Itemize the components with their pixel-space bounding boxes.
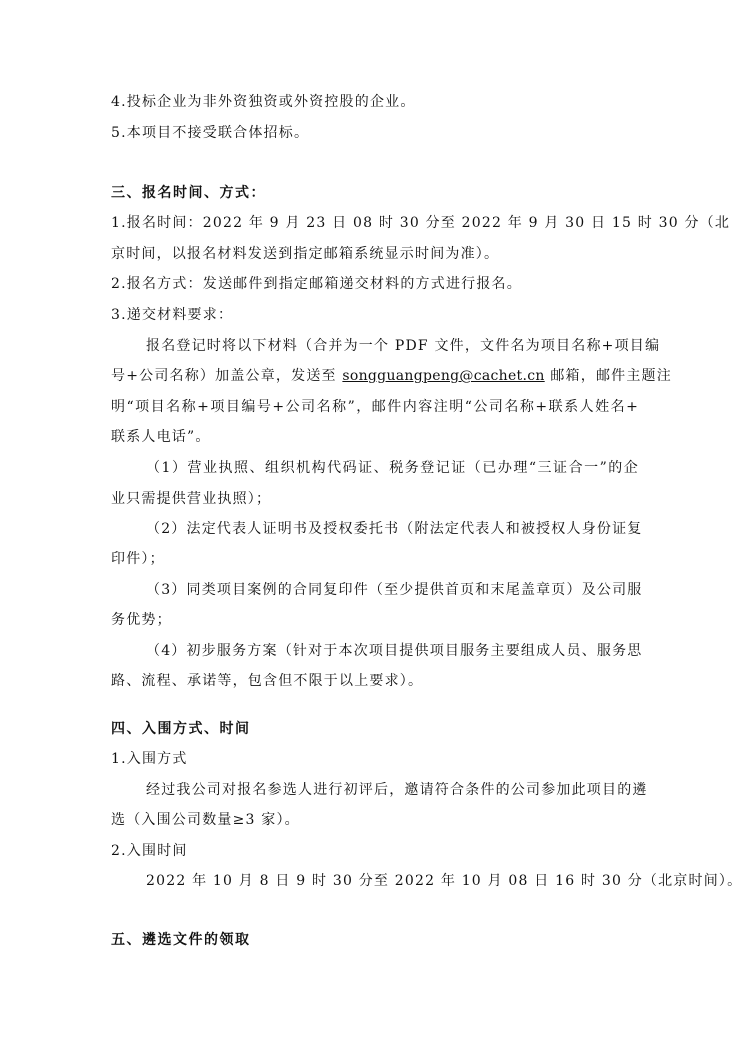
requirement-1-line-1: （1）营业执照、组织机构代码证、税务登记证（已办理“三证合一”的企 xyxy=(146,459,639,477)
email-link[interactable]: songguangpeng@cachet.cn xyxy=(342,368,544,384)
section-5-heading: 五、遴选文件的领取 xyxy=(111,931,251,949)
registration-time-line-1: 1.报名时间：2022 年 9 月 23 日 08 时 30 分至 2022 年… xyxy=(111,214,639,232)
section-3-heading: 三、报名时间、方式： xyxy=(111,184,266,202)
requirement-2-line-2: 印件）； xyxy=(111,550,165,568)
submission-para-line-1: 报名登记时将以下材料（合并为一个 PDF 文件，文件名为项目名称+项目编 xyxy=(146,337,639,355)
submission-para-line-2-post: 邮箱，邮件主题注 xyxy=(545,368,672,384)
item-4-foreign-capital: 4.投标企业为非外资独资或外资控股的企业。 xyxy=(111,93,416,111)
shortlist-method-label: 1.入围方式 xyxy=(111,750,188,768)
document-page: 4.投标企业为非外资独资或外资控股的企业。 5.本项目不接受联合体招标。 三、报… xyxy=(0,0,749,1060)
shortlist-time-label: 2.入围时间 xyxy=(111,842,188,860)
section-4-heading: 四、入围方式、时间 xyxy=(111,720,251,738)
submission-requirements-label: 3.递交材料要求： xyxy=(111,306,233,324)
requirement-2-line-1: （2）法定代表人证明书及授权委托书（附法定代表人和被授权人身份证复 xyxy=(146,520,639,538)
submission-para-line-2: 号+公司名称）加盖公章，发送至 songguangpeng@cachet.cn … xyxy=(111,367,672,385)
registration-method: 2.报名方式：发送邮件到指定邮箱递交材料的方式进行报名。 xyxy=(111,275,522,293)
submission-para-line-4: 联系人电话”。 xyxy=(111,428,211,446)
shortlist-method-line-1: 经过我公司对报名参选人进行初评后，邀请符合条件的公司参加此项目的遴 xyxy=(146,781,639,799)
submission-para-line-3: 明“项目名称+项目编号+公司名称”，邮件内容注明“公司名称+联系人姓名+ xyxy=(111,398,639,416)
requirement-3-line-1: （3）同类项目案例的合同复印件（至少提供首页和末尾盖章页）及公司服 xyxy=(146,581,639,599)
requirement-3-line-2: 务优势； xyxy=(111,611,172,629)
registration-time-line-2: 京时间，以报名材料发送到指定邮箱系统显示时间为准）。 xyxy=(111,245,499,263)
shortlist-method-line-2: 选（入围公司数量≥3 家）。 xyxy=(111,811,300,829)
requirement-4-line-1: （4）初步服务方案（针对于本次项目提供项目服务主要组成人员、服务思 xyxy=(146,642,639,660)
submission-para-line-2-pre: 号+公司名称）加盖公章，发送至 xyxy=(111,368,342,384)
item-5-no-consortium: 5.本项目不接受联合体招标。 xyxy=(111,124,309,142)
requirement-4-line-2: 路、流程、承诺等，包含但不限于以上要求）。 xyxy=(111,672,423,690)
shortlist-time-line-1: 2022 年 10 月 8 日 9 时 30 分至 2022 年 10 月 08… xyxy=(146,872,742,890)
requirement-1-line-2: 业只需提供营业执照）； xyxy=(111,490,271,508)
